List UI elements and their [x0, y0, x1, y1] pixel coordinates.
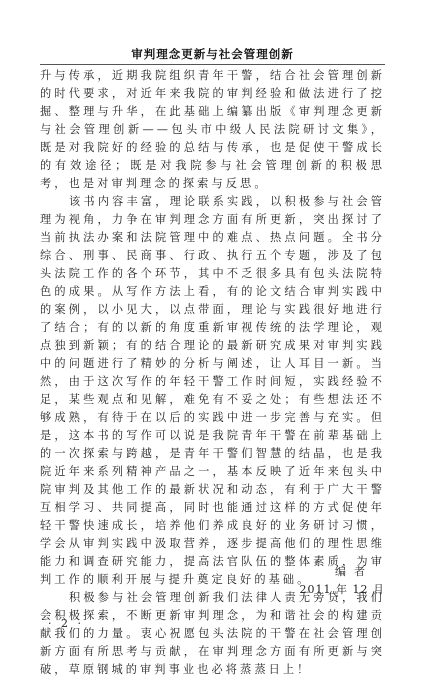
- paragraph-1: 升与传承，近期我院组织青年干警，结合社会管理创新的时代要求，对近年来我院的审判经…: [40, 67, 385, 193]
- running-head: 审判理念更新与社会管理创新: [40, 46, 385, 62]
- page-number: · 2 ·: [48, 617, 84, 630]
- date: 2011 年 12 月: [300, 581, 385, 597]
- document-page: 审判理念更新与社会管理创新 升与传承，近期我院组织青年干警，结合社会管理创新的时…: [0, 0, 425, 680]
- header-rule: [40, 64, 385, 65]
- paragraph-3: 积极参与社会管理创新我们法律人责无旁贷，我们会积极探索，不断更新审判理念，为和谐…: [40, 589, 385, 679]
- signature: 编者: [335, 563, 373, 579]
- paragraph-2: 该书内容丰富，理论联系实践，以积极参与社会管理为视角，力争在审判理念方面有所更新…: [40, 193, 385, 589]
